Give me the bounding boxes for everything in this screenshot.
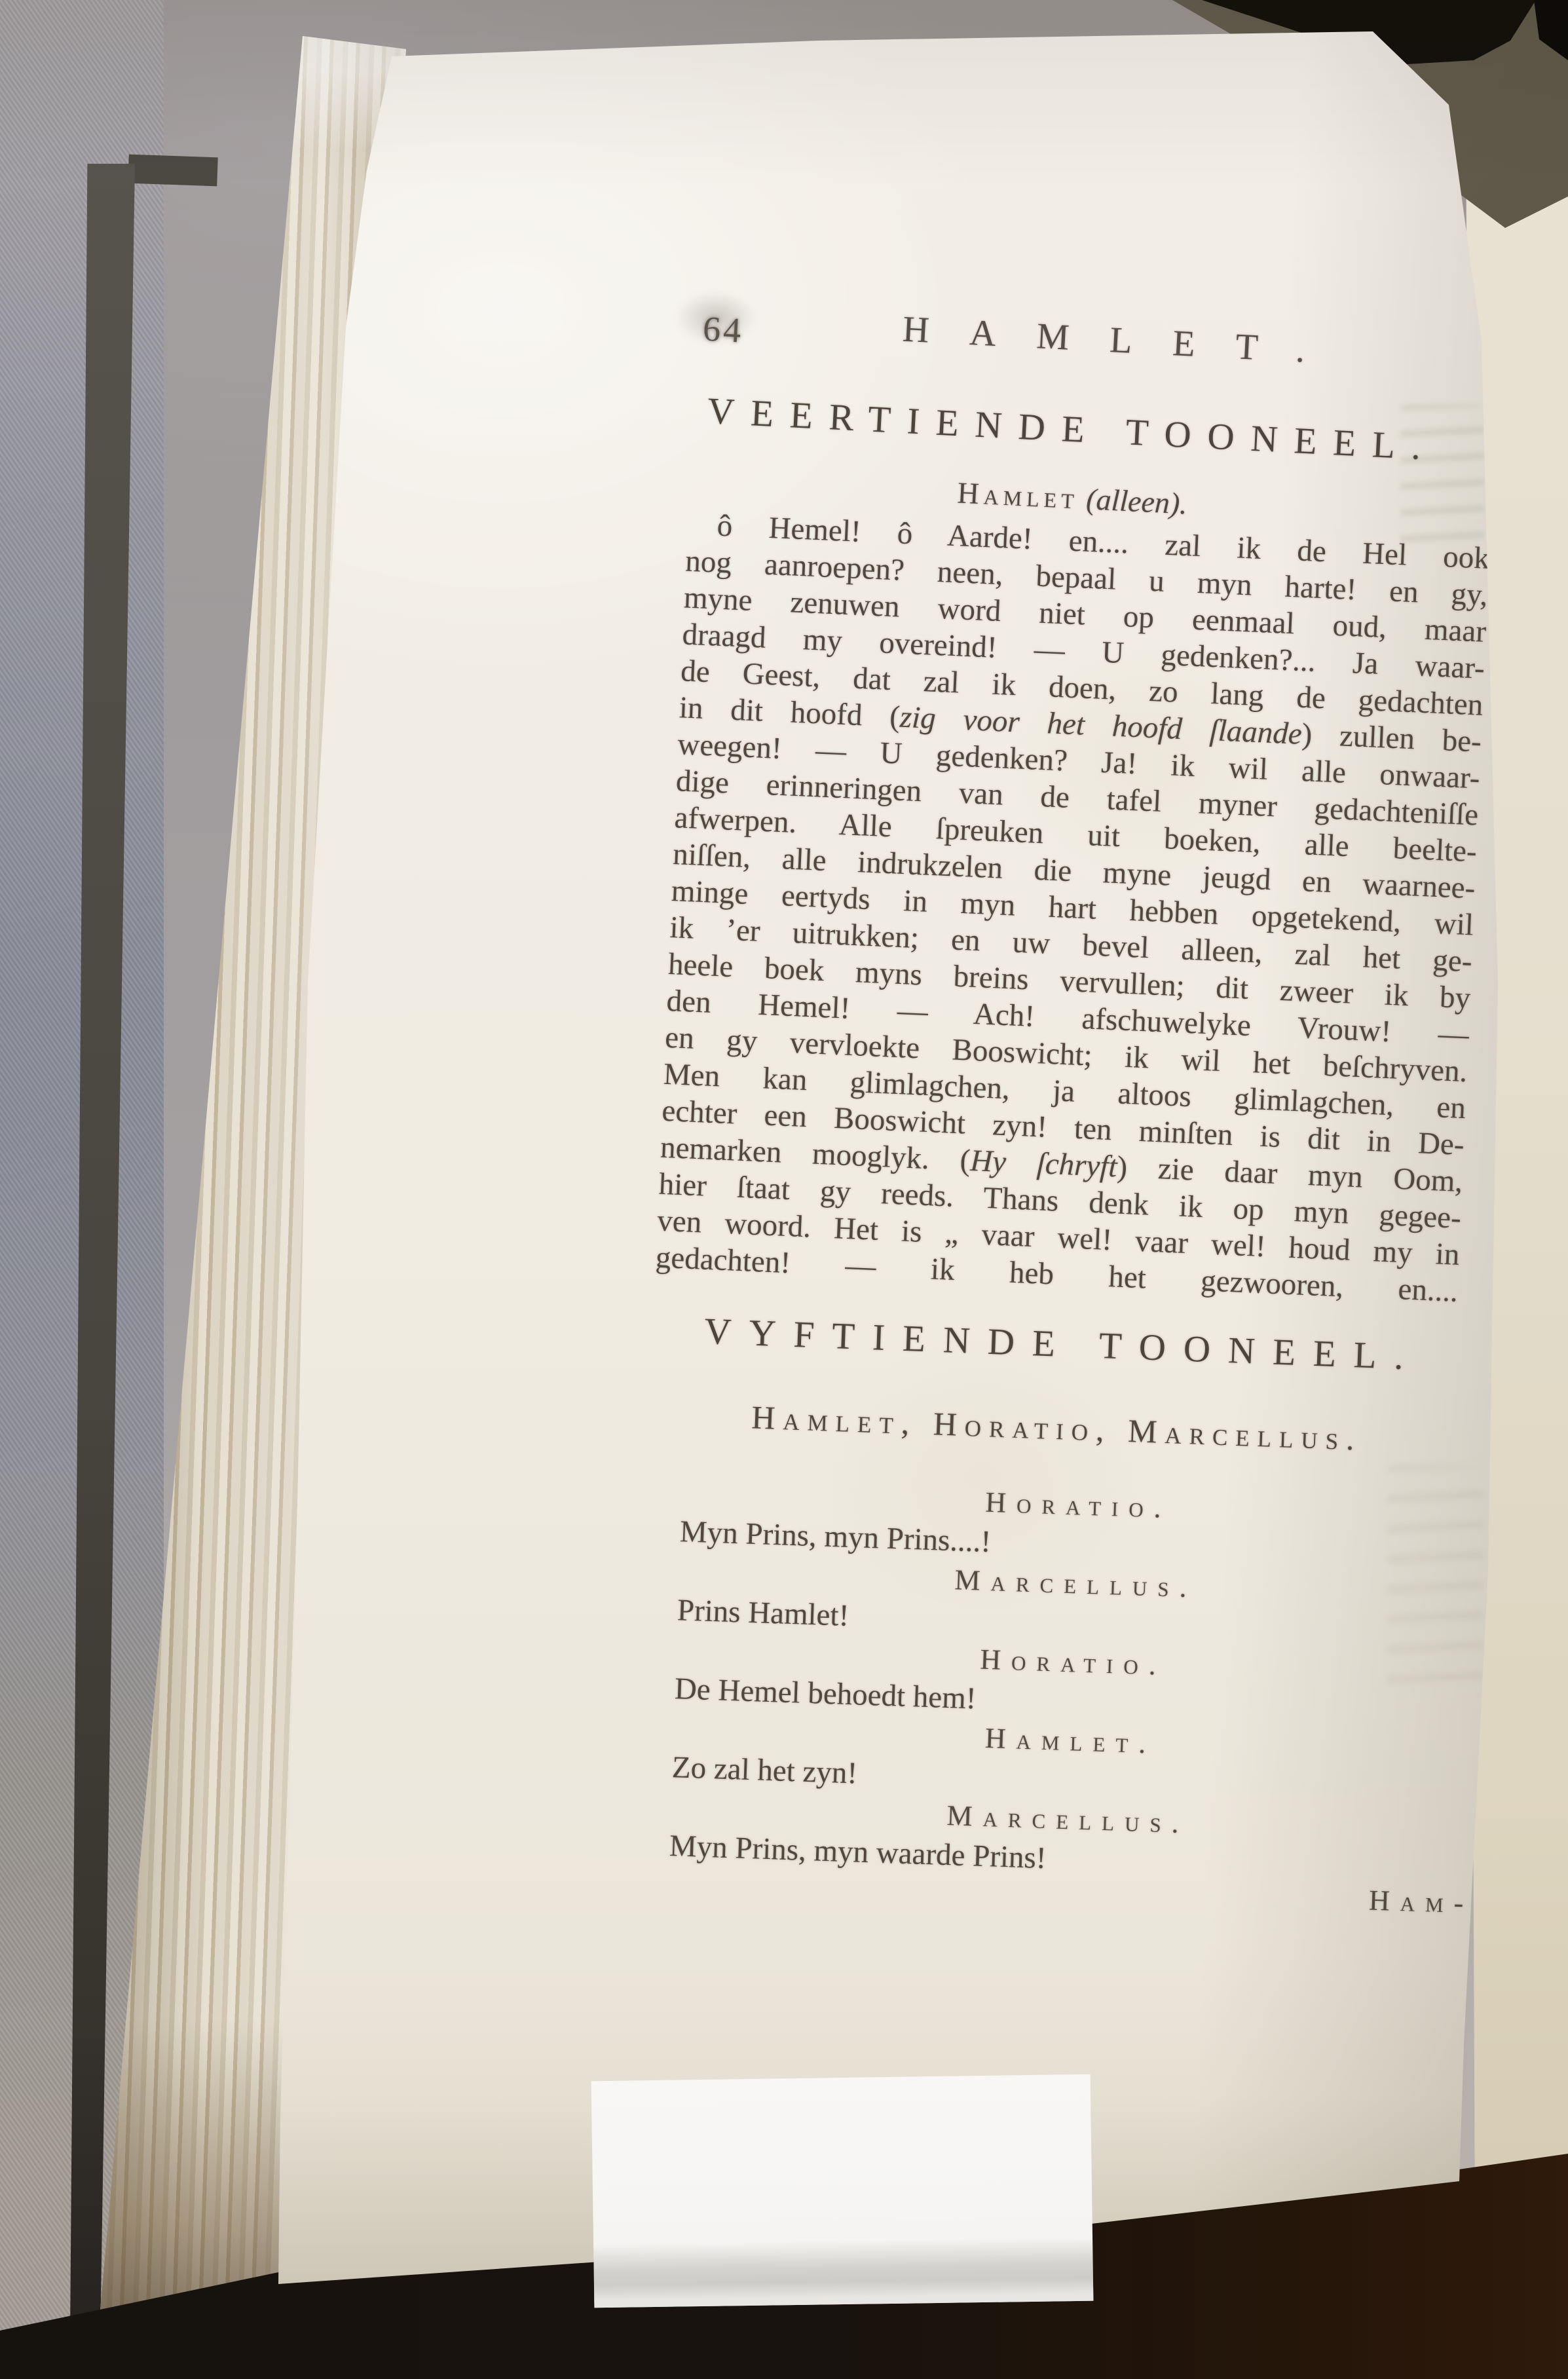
dialogue: Horatio. Myn Prins, myn Prins....! Marce… bbox=[665, 1472, 1480, 1892]
scene15-characters: Hamlet, Horatio, Marcellus. bbox=[671, 1395, 1474, 1462]
running-title: HAMLET. bbox=[901, 309, 1347, 373]
monologue: ô Hemel! ô Aarde! en.... zal ik de Hel o… bbox=[655, 506, 1490, 1310]
paper-slip bbox=[591, 2074, 1094, 2308]
page-number: 64 bbox=[702, 309, 745, 351]
cover-edge-stub bbox=[128, 155, 217, 187]
scene15-heading: VYFTIENDE TOONEEL. bbox=[671, 1309, 1475, 1381]
book-photo-scene: 64 HAMLET. VEERTIENDE TOONEEL. Hamlet (a… bbox=[0, 0, 1568, 2379]
stage-direction-inline: Hy ſchryft bbox=[969, 1144, 1117, 1184]
stage-direction: (alleen). bbox=[1085, 482, 1188, 520]
monologue-text: ) zullen be- bbox=[1301, 717, 1482, 759]
stage-speaker: Hamlet bbox=[956, 476, 1079, 515]
page-header: 64 HAMLET. bbox=[669, 296, 1475, 410]
